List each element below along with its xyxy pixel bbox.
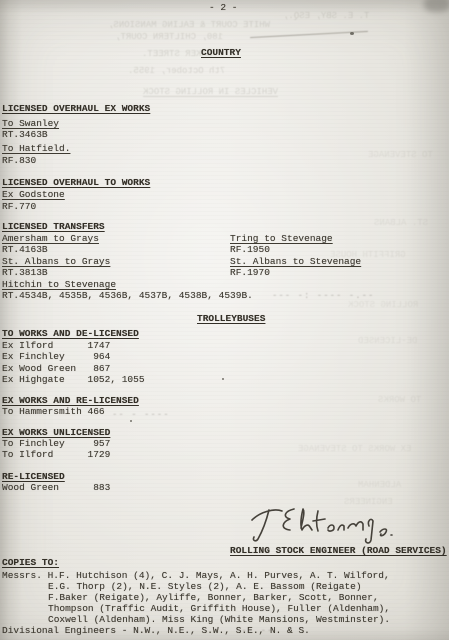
transfer-label: Tring to Stevenage	[230, 233, 333, 244]
transfer-label: To Hatfield.	[2, 143, 70, 154]
scanned-document-page: { "page_number": "- 2 -", "country": { "…	[0, 0, 449, 640]
table-row: Ex Highgate 1052, 1055	[2, 374, 145, 385]
transfer-label: Hitchin to Stevenage	[2, 279, 116, 290]
vehicle-number: RF.830	[2, 155, 36, 166]
copies-line: Messrs. H.F. Hutchison (4), C. J. Mays, …	[2, 570, 390, 581]
copies-line: F.Baker (Reigate), Ayliffe, Bonner, Bark…	[48, 592, 379, 603]
scan-blotch	[424, 0, 449, 12]
bleed-through-text: ALDENHAM	[358, 480, 401, 490]
vehicle-number: RF.1950	[230, 244, 270, 255]
ink-speck	[130, 420, 132, 422]
transfer-label: St. Albans to Grays	[2, 256, 110, 267]
group-heading: EX WORKS UNLICENSED	[2, 427, 110, 438]
table-row: To Ilford 1729	[2, 449, 110, 460]
table-row: Ex Finchley 964	[2, 351, 110, 362]
table-row: To Hammersmith 466	[2, 406, 105, 417]
bleed-through-text: EX WORKS TO STEVENAGE	[298, 444, 411, 454]
group-heading: TO WORKS AND DE-LICENSED	[2, 328, 139, 339]
vehicle-number: RF.770	[2, 201, 36, 212]
overhaul-ex-works-heading: LICENSED OVERHAUL EX WORKS	[2, 103, 150, 114]
smudge-marks: --- -: ---- -.--	[272, 291, 374, 301]
bleed-through-text: WHITE COURT & EALING MANSIONS,	[108, 20, 270, 30]
signatory-title: ROLLING STOCK ENGINEER (ROAD SERVICES)	[230, 545, 447, 556]
smudge-marks: -- - ----	[112, 410, 170, 420]
table-row: Wood Green 883	[2, 482, 110, 493]
licensed-transfers-heading: LICENSED TRANSFERS	[2, 221, 105, 232]
vehicle-number: RT.4163B	[2, 244, 48, 255]
ink-speck	[350, 32, 354, 35]
table-row: To Finchley 957	[2, 438, 110, 449]
transfer-label: St. Albans to Stevenage	[230, 256, 361, 267]
copies-line: Coxwell (Aldenham). Miss King (White Man…	[48, 614, 390, 625]
vehicle-number: RT.4534B, 4535B, 4536B, 4537B, 4538B, 45…	[2, 290, 253, 301]
signature-handwriting	[238, 498, 403, 546]
copies-heading: COPIES TO:	[2, 557, 59, 568]
vehicle-number: RF.1970	[230, 267, 270, 278]
table-row: Ex Wood Green 867	[2, 363, 110, 374]
transfer-label: Amersham to Grays	[2, 233, 99, 244]
bleed-through-text: VEHICLES IN ROLLING STOCK	[143, 87, 278, 97]
group-heading: RE-LICENSED	[2, 471, 65, 482]
transfer-label: Ex Godstone	[2, 189, 65, 200]
transfer-label: To Swanley	[2, 118, 59, 129]
bleed-through-text: T. E. SBY, ESQ.,	[283, 11, 369, 21]
copies-line: Thompson (Traffic Audit, Griffith House)…	[48, 603, 390, 614]
ink-speck	[222, 378, 224, 380]
bleed-through-text: TO STEVENAGE	[368, 150, 433, 160]
overhaul-to-works-heading: LICENSED OVERHAUL TO WORKS	[2, 177, 150, 188]
country-heading: COUNTRY	[201, 47, 241, 58]
bleed-through-text: ST. ALBANS	[374, 218, 428, 228]
table-row: Ex Ilford 1747	[2, 340, 110, 351]
divisional-engineers-line: Divisional Engineers - N.W., N.E., S.W.,…	[2, 625, 310, 636]
page-number: - 2 -	[209, 2, 238, 13]
group-heading: EX WORKS AND RE-LICENSED	[2, 395, 139, 406]
bleed-through-text: 180, CHILTERN COURT,	[115, 32, 223, 42]
bleed-through-text: TO WORKS	[378, 395, 421, 405]
trolleybuses-heading: TROLLEYBUSES	[197, 313, 265, 324]
bleed-through-text: 7th October, 1955.	[128, 66, 225, 76]
vehicle-number: RT.3813B	[2, 267, 48, 278]
bleed-through-text: DE-LICENSED	[358, 336, 417, 346]
vehicle-number: RT.3463B	[2, 129, 48, 140]
bleed-through-text: ROLLING STOCK	[348, 300, 418, 310]
copies-line: E.G. Thorp (2), N.E. Styles (2), A. E. B…	[48, 581, 362, 592]
